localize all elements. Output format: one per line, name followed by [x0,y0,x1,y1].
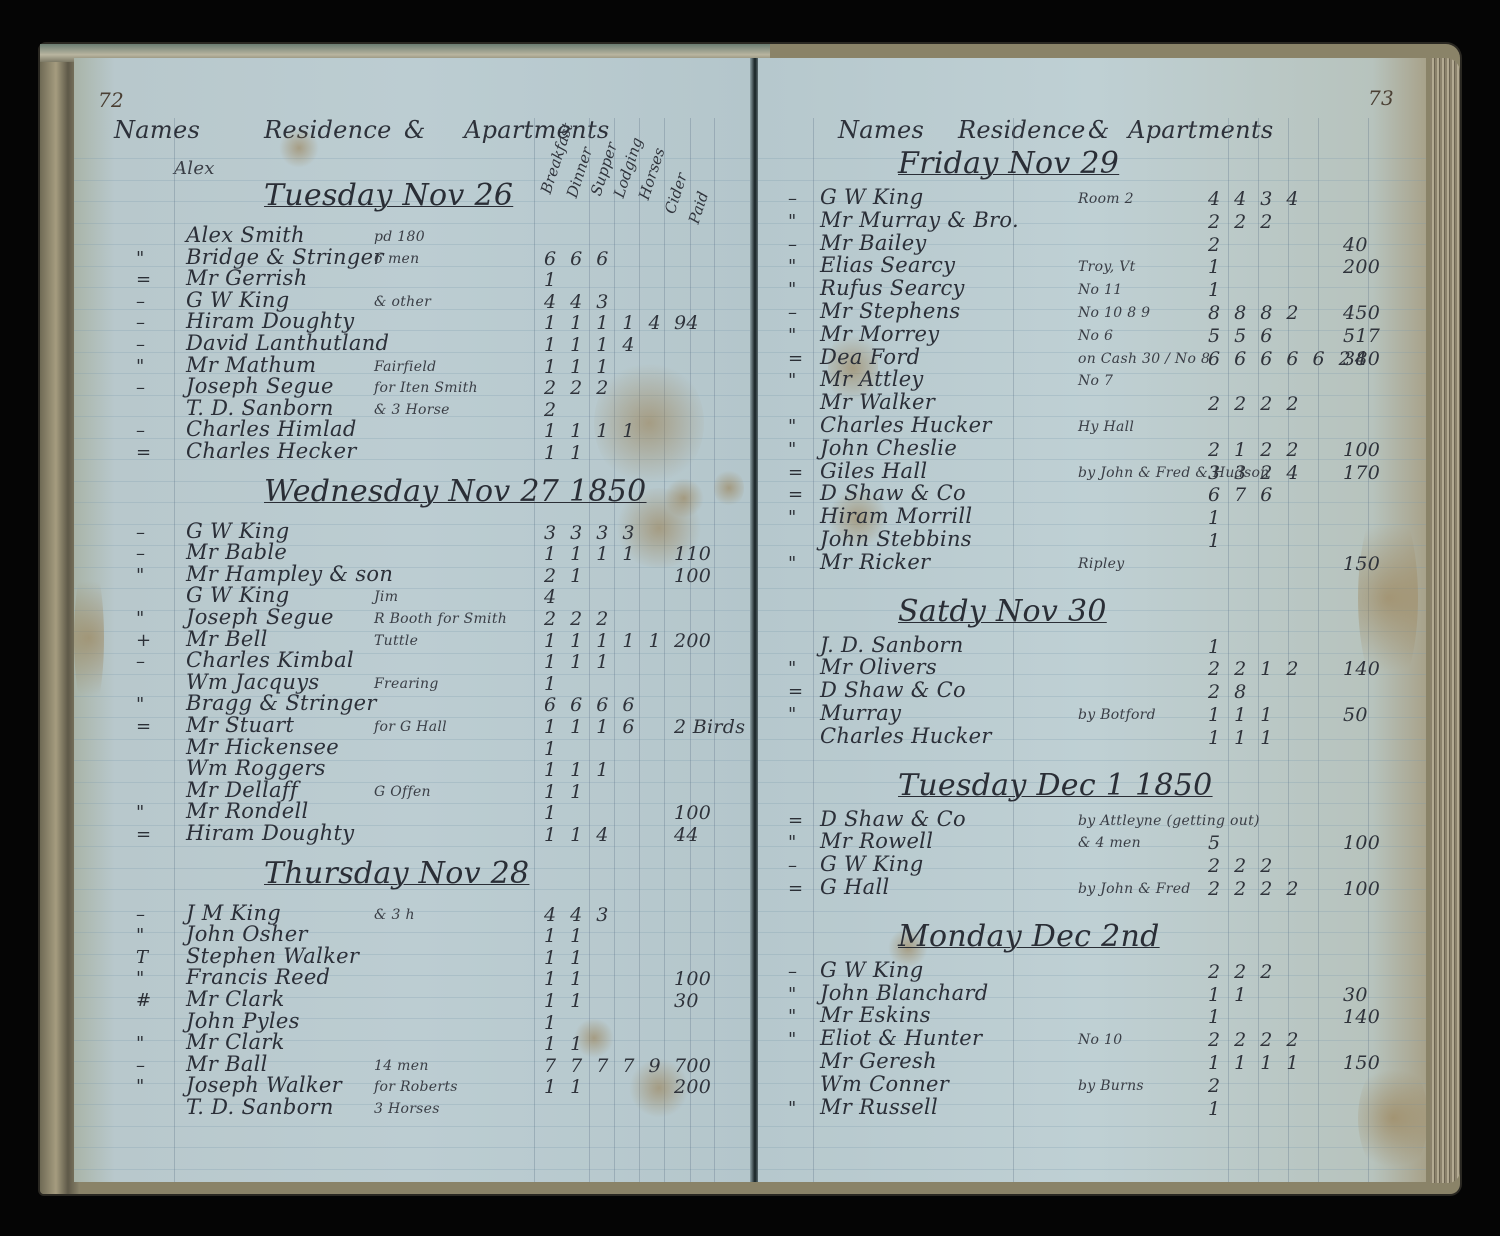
ruled-line [74,975,754,976]
day-heading: Wednesday Nov 27 1850 [264,474,647,509]
amount-paid: 450 [1343,302,1380,324]
entry-mark: " [788,416,797,437]
left-page: 72 Names Residence & Apartments Alex Bre… [74,58,754,1182]
entry-mark: – [136,1055,145,1076]
meal-counts: 2 2 2 2 [1208,393,1302,415]
entry-mark: " [136,565,145,586]
residence: R Booth for Smith [374,611,507,627]
guest-name: Mr Mathum [186,353,316,377]
amount-paid: 40 [1343,234,1368,256]
guest-name: Mr Attley [820,367,924,391]
stain [714,468,744,508]
residence: 6 men [374,251,419,267]
ruled-line [74,1169,754,1170]
meal-counts: 6 6 6 [544,248,612,270]
residence: No 11 [1078,282,1122,298]
guest-name: T. D. Sanborn [186,396,334,420]
guest-name: Mr Bell [186,627,268,651]
col-header-paid: Paid [685,189,712,226]
amount-paid: 150 [1343,1052,1380,1074]
meal-counts: 4 4 3 [544,904,612,926]
guest-name: Mr Hampley & son [186,562,393,586]
residence: Frearing [374,676,439,692]
entry-mark: – [788,302,797,323]
guest-name: Mr Clark [186,1030,285,1054]
guest-name: Joseph Walker [186,1073,342,1097]
meal-counts: 1 1 [544,1076,586,1098]
meal-counts: 1 1 [544,990,586,1012]
guest-name: Mr Bailey [820,231,927,255]
entry-mark: " [788,325,797,346]
ruled-line [758,911,1426,912]
guest-name: T. D. Sanborn [186,1095,334,1119]
guest-name: David Lanthutland [186,331,389,355]
entry-mark: " [788,507,797,528]
guest-name: Francis Reed [186,965,330,989]
column-line [1258,118,1259,1182]
entry-mark: – [136,651,145,672]
entry-mark: = [788,681,803,702]
meal-counts: 1 [544,269,560,291]
residence: G Offen [374,784,431,800]
residence: No 7 [1078,373,1113,389]
guest-name: Mr Ball [186,1052,268,1076]
meal-counts: 5 [1208,832,1224,854]
ruled-line [74,782,754,783]
guest-name: Charles Kimbal [186,648,354,672]
ruled-line [758,1147,1426,1148]
guest-name: G W King [820,958,923,982]
column-line [1318,118,1319,1182]
entry-mark: = [136,824,151,845]
guest-name: Stephen Walker [186,944,359,968]
guest-name: Murray [820,701,901,725]
residence: Tuttle [374,633,418,649]
entry-mark: = [788,484,803,505]
guest-name: Mr Ricker [820,550,930,574]
entry-mark: = [788,878,803,899]
residence: Ripley [1078,556,1124,572]
ruled-line [74,158,754,159]
amount-paid: 380 [1343,348,1380,370]
entry-mark: – [136,334,145,355]
amount-paid: 100 [674,802,711,824]
entry-mark: T [136,947,148,968]
guest-name: Charles Hucker [820,413,992,437]
residence: & 4 men [1078,835,1141,851]
guest-name: Bridge & Stringer [186,245,384,269]
guest-name: John Pyles [186,1009,300,1033]
ruled-line [74,1147,754,1148]
stain [279,128,319,168]
meal-counts: 2 2 1 2 [1208,658,1302,680]
guest-name: G W King [186,583,289,607]
guest-name: John Osher [186,922,308,946]
guest-name: Charles Hecker [186,439,357,463]
entry-mark: " [788,1098,797,1119]
residence: by Burns [1078,1078,1144,1094]
stray-note: Alex [174,158,215,179]
entry-mark: " [788,553,797,574]
residence: for G Hall [374,719,447,735]
entry-mark: " [136,968,145,989]
guest-name: Alex Smith [186,223,305,247]
ruled-line [74,696,754,697]
amount-paid: 517 [1343,325,1380,347]
guest-name: G W King [186,288,289,312]
guest-name: Hiram Doughty [186,821,354,845]
meal-counts: 6 6 6 6 [544,694,638,716]
entry-mark: " [136,608,145,629]
amount-paid: 200 [1343,256,1380,278]
entry-mark: – [136,904,145,925]
ruled-line [74,588,754,589]
column-line [1288,118,1289,1182]
entry-mark: – [136,522,145,543]
guest-name: John Cheslie [820,436,957,460]
amount-paid: 200 [674,1076,711,1098]
column-line [1228,118,1229,1182]
residence: No 6 [1078,328,1113,344]
guest-name: Wm Conner [820,1072,949,1096]
meal-counts: 1 1 1 [1208,704,1276,726]
residence: by John & Fred [1078,881,1191,897]
col-header-cider: Cider [661,171,691,216]
guest-name: Dea Ford [820,345,920,369]
guest-name: Mr Russell [820,1095,938,1119]
entry-mark: – [136,420,145,441]
guest-name: G W King [820,185,923,209]
meal-counts: 1 [1208,1098,1224,1120]
meal-counts: 2 1 2 2 [1208,439,1302,461]
meal-counts: 1 1 1 [544,651,612,673]
meal-counts: 6 7 6 [1208,484,1276,506]
residence: on Cash 30 / No 8 [1078,351,1210,367]
entry-mark: " [788,1029,797,1050]
column-line [813,118,814,1182]
ruled-line [758,803,1426,804]
guest-name: Mr Stuart [186,713,294,737]
entry-mark: – [136,291,145,312]
residence: for Roberts [374,1079,458,1095]
guest-name: Mr Stephens [820,299,960,323]
meal-counts: 2 2 2 [1208,961,1276,983]
ruled-line [74,653,754,654]
ruled-line [758,760,1426,761]
header-residence: Residence [958,116,1086,144]
amount-paid: 150 [1343,553,1380,575]
meal-counts: 1 [1208,256,1224,278]
guest-name: Mr Geresh [820,1049,937,1073]
meal-counts: 3 3 2 4 [1208,462,1302,484]
amount-paid: 700 [674,1055,711,1077]
guest-name: Eliot & Hunter [820,1026,982,1050]
amount-paid: 2 Birds [674,716,745,738]
open-ledger-book: 72 Names Residence & Apartments Alex Bre… [40,44,1460,1196]
meal-counts: 1 [1208,279,1224,301]
guest-name: Wm Jacquys [186,670,319,694]
entry-mark: – [136,377,145,398]
ruled-line [74,739,754,740]
day-heading: Monday Dec 2nd [898,919,1160,954]
entry-mark: " [788,211,797,232]
meal-counts: 2 2 2 2 [1208,1029,1302,1051]
meal-counts: 1 1 1 1 4 [544,312,665,334]
residence: & 3 h [374,907,415,923]
meal-counts: 1 1 1 [1208,727,1276,749]
amount-paid: 30 [1343,984,1368,1006]
guest-name: Mr Rondell [186,799,309,823]
entry-mark: = [136,269,151,290]
entry-mark: " [136,1033,145,1054]
meal-counts: 1 [1208,636,1224,658]
meal-counts: 1 1 1 1 [1208,1052,1302,1074]
entry-mark: " [788,832,797,853]
guest-name: Mr Walker [820,390,935,414]
entry-mark: = [136,442,151,463]
meal-counts: 1 [1208,507,1224,529]
residence: Troy, Vt [1078,259,1136,275]
guest-name: G W King [820,852,923,876]
residence: Room 2 [1078,191,1134,207]
guest-name: Giles Hall [820,459,927,483]
amount-paid: 110 [674,543,711,565]
meal-counts: 1 [544,802,560,824]
guest-name: Mr Clark [186,987,285,1011]
ruled-line [74,997,754,998]
day-heading: Thursday Nov 28 [264,856,529,891]
ruled-line [74,932,754,933]
amount-paid: 100 [1343,832,1380,854]
guest-name: J. D. Sanborn [820,633,964,657]
meal-counts: 2 [1208,234,1224,256]
residence: 3 Horses [374,1101,440,1117]
entry-mark: " [788,658,797,679]
column-line [534,118,535,1182]
column-line [174,118,175,1182]
entry-mark: " [788,370,797,391]
guest-name: Wm Roggers [186,756,326,780]
meal-counts: 1 1 [544,947,586,969]
meal-counts: 2 2 2 [544,377,612,399]
meal-counts: 1 [544,738,560,760]
ruled-line [74,223,754,224]
meal-counts: 1 1 [544,968,586,990]
entry-mark: = [788,348,803,369]
ruled-line [74,287,754,288]
meal-counts: 1 [544,1012,560,1034]
amount-paid: 200 [674,630,711,652]
entry-mark: " [788,704,797,725]
guest-name: D Shaw & Co [820,678,966,702]
entry-mark: – [136,543,145,564]
entry-mark: " [788,256,797,277]
entry-mark: = [788,462,803,483]
meal-counts: 2 2 2 [1208,211,1276,233]
entry-mark: " [136,1076,145,1097]
guest-name: Rufus Searcy [820,276,965,300]
guest-name: J M King [186,901,281,925]
amount-paid: 100 [674,968,711,990]
meal-counts: 1 1 1 1 1 [544,630,665,652]
day-heading: Tuesday Nov 26 [264,178,513,213]
guest-name: Mr Bable [186,540,287,564]
meal-counts: 7 7 7 7 9 [544,1055,665,1077]
header-amp: & [1088,116,1110,144]
guest-name: Charles Hucker [820,724,992,748]
guest-name: Mr Eskins [820,1003,931,1027]
guest-name: John Stebbins [820,527,972,551]
entry-mark: " [136,802,145,823]
entry-mark: – [788,855,797,876]
meal-counts: 1 [1208,1006,1224,1028]
entry-mark: – [788,961,797,982]
entry-mark: " [788,279,797,300]
amount-paid: 94 [674,312,699,334]
meal-counts: 2 [544,399,560,421]
meal-counts: 4 [544,586,560,608]
day-heading: Friday Nov 29 [898,146,1119,181]
ruled-line [74,954,754,955]
residence: for Iten Smith [374,380,478,396]
meal-counts: 1 1 1 [544,759,612,781]
meal-counts: 1 1 1 1 [544,420,638,442]
right-page: 73 Names Residence & Apartments Friday N… [758,58,1426,1182]
entry-mark: " [136,356,145,377]
ruled-line [74,825,754,826]
guest-name: Hiram Morrill [820,504,972,528]
header-names: Names [838,116,924,144]
amount-paid: 100 [1343,878,1380,900]
guest-name: Joseph Segue [186,605,334,629]
meal-counts: 8 8 8 2 [1208,302,1302,324]
meal-counts: 1 1 4 [544,824,612,846]
residence: Fairfield [374,359,436,375]
ruled-line [758,1169,1426,1170]
guest-name: Bragg & Stringer [186,691,377,715]
meal-counts: 1 [1208,530,1224,552]
entry-mark: " [136,925,145,946]
stain [74,558,104,718]
amount-paid: 30 [674,990,699,1012]
ruled-line [74,717,754,718]
meal-counts: 1 1 1 1 [544,543,638,565]
header-apartments: Apartments [1128,116,1274,144]
page-number: 72 [98,88,124,112]
ruled-line [758,1126,1426,1127]
entry-mark: " [136,248,145,269]
meal-counts: 1 1 1 [544,356,612,378]
column-line [714,118,715,1182]
residence: Hy Hall [1078,419,1134,435]
residence: No 10 8 9 [1078,305,1150,321]
header-apartments: Apartments [464,116,610,144]
residence: by Attleyne (getting out) [1078,813,1260,829]
entry-mark: " [788,1006,797,1027]
ruled-line [74,1040,754,1041]
day-heading: Satdy Nov 30 [898,594,1107,629]
meal-counts: 3 3 3 3 [544,522,638,544]
meal-counts: 1 1 [544,925,586,947]
ruled-line [74,846,754,847]
entry-mark: " [136,694,145,715]
ruled-line [74,1018,754,1019]
meal-counts: 2 2 2 2 [1208,878,1302,900]
meal-counts: 2 [1208,1075,1224,1097]
amount-paid: 100 [674,565,711,587]
entry-mark: = [788,810,803,831]
meal-counts: 2 2 2 [1208,855,1276,877]
guest-name: G Hall [820,875,890,899]
guest-name: Mr Rowell [820,829,933,853]
guest-name: Mr Olivers [820,655,937,679]
ruled-line [74,760,754,761]
entry-mark: – [788,234,797,255]
guest-name: Mr Morrey [820,322,939,346]
entry-mark: – [788,188,797,209]
amount-paid: 50 [1343,704,1368,726]
amount-paid: 44 [674,824,699,846]
page-number: 73 [1368,86,1394,110]
guest-name: Elias Searcy [820,253,955,277]
residence: No 10 [1078,1032,1122,1048]
stain [664,478,704,518]
residence: by Botford [1078,707,1156,723]
meal-counts: 1 1 [544,1033,586,1055]
meal-counts: 2 2 2 [544,608,612,630]
ruled-line [74,1126,754,1127]
guest-name: G W King [186,519,289,543]
amount-paid: 140 [1343,1006,1380,1028]
ruled-line [74,803,754,804]
column-line [1013,118,1014,1182]
residence: Jim [374,589,398,605]
guest-name: Joseph Segue [186,374,334,398]
meal-counts: 4 4 3 [544,291,612,313]
paid-note: pd 180 [374,229,425,245]
day-heading: Tuesday Dec 1 1850 [898,768,1213,803]
amount-paid: 100 [1343,439,1380,461]
entry-mark: + [136,630,151,651]
stain [1358,1058,1426,1178]
meal-counts: 1 [544,673,560,695]
guest-name: John Blanchard [820,981,988,1005]
guest-name: Charles Himlad [186,417,357,441]
meal-counts: 4 4 3 4 [1208,188,1302,210]
amount-paid: 170 [1343,462,1380,484]
guest-name: D Shaw & Co [820,807,966,831]
meal-counts: 2 8 [1208,681,1250,703]
residence: & other [374,294,431,310]
amount-paid: 140 [1343,658,1380,680]
guest-name: Mr Murray & Bro. [820,208,1019,232]
header-names: Names [114,116,200,144]
guest-name: Hiram Doughty [186,309,354,333]
guest-name: Mr Dellaff [186,778,298,802]
ruled-line [74,352,754,353]
meal-counts: 1 1 1 6 [544,716,638,738]
meal-counts: 1 1 [544,442,586,464]
entry-mark: – [136,312,145,333]
entry-mark: # [136,990,151,1011]
residence: 14 men [374,1058,429,1074]
meal-counts: 1 1 [1208,984,1250,1006]
entry-mark: = [136,716,151,737]
ruled-line [758,588,1426,589]
meal-counts: 2 1 [544,565,586,587]
guest-name: Mr Hickensee [186,735,339,759]
residence: & 3 Horse [374,402,450,418]
